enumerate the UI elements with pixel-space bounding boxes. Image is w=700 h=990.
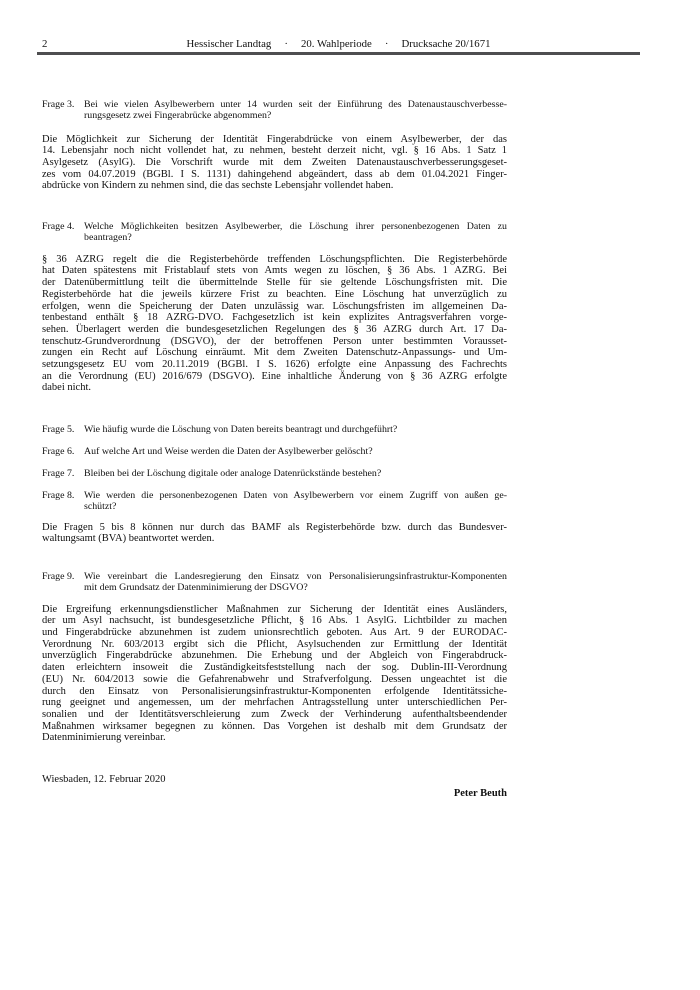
text-line: § 36 AZRG regelt die die Registerbehörde… — [42, 254, 507, 266]
question-label: Frage 6. — [42, 446, 84, 457]
text-line: der Datenübermittlung teilt die übermitt… — [42, 277, 507, 289]
question-text: Wie häufig wurde die Löschung von Daten … — [84, 424, 507, 435]
text-line: Auf welche Art und Weise werden die Date… — [84, 446, 507, 457]
text-line: Welche Möglichkeiten besitzen Asylbewerb… — [84, 221, 507, 232]
question-text: Wie werden die personenbezogenen Daten v… — [84, 490, 507, 513]
question-label: Frage 9. — [42, 571, 84, 594]
text-line: Bleiben bei der Löschung digitale oder a… — [84, 468, 507, 479]
text-line: an die Verordnung (EU) 2016/679 (DSGVO).… — [42, 371, 507, 383]
question-text: Wie vereinbart die Landesregierung den E… — [84, 571, 507, 594]
question-block: Frage 4.Welche Möglichkeiten besitzen As… — [42, 221, 507, 244]
header-parliament: Hessischer Landtag — [186, 38, 271, 50]
text-line: daten erleichtern insoweit die Zuständig… — [42, 662, 507, 674]
question-block: Frage 6.Auf welche Art und Weise werden … — [42, 446, 507, 457]
header-document-number: Drucksache 20/1671 — [401, 38, 490, 50]
text-line: abdrücke von Kindern zu nehmen sind, die… — [42, 180, 507, 192]
text-line: Maßnahmen wirksamer begegnen zu können. … — [42, 721, 507, 733]
text-line: und Fingerabdrücke abzunehmen ist zudem … — [42, 627, 507, 639]
text-line: Verordnung Nr. 603/2013 ergibt sich die … — [42, 639, 507, 651]
question-block: Frage 5.Wie häufig wurde die Löschung vo… — [42, 424, 507, 435]
text-line: waltungsamt (BVA) beantwortet werden. — [42, 533, 507, 545]
signature-name: Peter Beuth — [42, 788, 507, 800]
header-term: 20. Wahlperiode — [301, 38, 372, 50]
document-page: Hessischer Landtag · 20. Wahlperiode · D… — [0, 0, 700, 990]
text-line: Wie häufig wurde die Löschung von Daten … — [84, 424, 507, 435]
page-number: 2 — [42, 38, 47, 50]
question-label: Frage 4. — [42, 221, 84, 244]
text-line: schützt? — [84, 501, 507, 512]
question-block: Frage 3.Bei wie vielen Asylbewerbern unt… — [42, 99, 507, 122]
answer-paragraph: § 36 AZRG regelt die die Registerbehörde… — [42, 254, 507, 394]
text-line: dabei nicht. — [42, 382, 507, 394]
question-text: Welche Möglichkeiten besitzen Asylbewerb… — [84, 221, 507, 244]
answer-paragraph: Die Fragen 5 bis 8 können nur durch das … — [42, 522, 507, 545]
header-rule — [37, 52, 640, 55]
question-text: Auf welche Art und Weise werden die Date… — [84, 446, 507, 457]
text-line: setzungsgesetz EU vom 20.11.2019 (BGBl. … — [42, 359, 507, 371]
text-line: sehen. Überlagert werden die bundesgeset… — [42, 324, 507, 336]
answer-paragraph: Die Ergreifung erkennungsdienstlicher Ma… — [42, 604, 507, 744]
text-line: sonalien und der Identitätsverschleierun… — [42, 709, 507, 721]
header-title-line: Hessischer Landtag · 20. Wahlperiode · D… — [37, 38, 640, 50]
text-line: Wie werden die personenbezogenen Daten v… — [84, 490, 507, 501]
header-separator: · — [284, 38, 288, 50]
question-text: Bleiben bei der Löschung digitale oder a… — [84, 468, 507, 479]
page-header: Hessischer Landtag · 20. Wahlperiode · D… — [37, 38, 640, 55]
text-line: mit dem Grundsatz der Datenminimierung d… — [84, 582, 507, 593]
text-line: tenbestand enthält § 18 AZRG-DVO. Fachge… — [42, 312, 507, 324]
text-line: rung geeignet und angemessen, um der meh… — [42, 697, 507, 709]
text-line: rungsgesetz zwei Fingerabrücke abgenomme… — [84, 110, 507, 121]
document-body: Frage 3.Bei wie vielen Asylbewerbern unt… — [42, 99, 507, 744]
text-line: unverzüglich Fingerabdrücke abzunehmen. … — [42, 650, 507, 662]
question-label: Frage 8. — [42, 490, 84, 513]
text-line: beantragen? — [84, 232, 507, 243]
text-line: Die Fragen 5 bis 8 können nur durch das … — [42, 522, 507, 534]
text-line: Die Ergreifung erkennungsdienstlicher Ma… — [42, 604, 507, 616]
header-separator: · — [385, 38, 389, 50]
answer-paragraph: Die Möglichkeit zur Sicherung der Identi… — [42, 134, 507, 193]
text-line: Wie vereinbart die Landesregierung den E… — [84, 571, 507, 582]
text-line: (EU) Nr. 604/2013 sowie die Gefahrenabwe… — [42, 674, 507, 686]
text-line: der um Asyl nachsucht, ist bundesgesetzl… — [42, 615, 507, 627]
question-block: Frage 8.Wie werden die personenbezogenen… — [42, 490, 507, 513]
text-line: zes vom 04.07.2019 (BGBl. I S. 1131) dah… — [42, 169, 507, 181]
text-line: zungen ein Recht auf Löschung einräumt. … — [42, 347, 507, 359]
text-line: Die Möglichkeit zur Sicherung der Identi… — [42, 134, 507, 146]
text-line: 14. Lebensjahr noch nicht vollendet hat,… — [42, 145, 507, 157]
signoff-place-date: Wiesbaden, 12. Februar 2020 — [42, 774, 507, 786]
question-text: Bei wie vielen Asylbewerbern unter 14 wu… — [84, 99, 507, 122]
text-line: erfolgen, wenn die Speicherung der Daten… — [42, 301, 507, 313]
text-line: hat Daten spätestens mit Fristablauf ste… — [42, 265, 507, 277]
text-line: durch den Einsatz von Personalisierungsi… — [42, 686, 507, 698]
question-label: Frage 7. — [42, 468, 84, 479]
text-line: tenschutz-Grundverordnung (DSGVO), der d… — [42, 336, 507, 348]
text-line: Bei wie vielen Asylbewerbern unter 14 wu… — [84, 99, 507, 110]
document-content: Frage 3.Bei wie vielen Asylbewerbern unt… — [42, 56, 507, 799]
question-label: Frage 5. — [42, 424, 84, 435]
question-block: Frage 7.Bleiben bei der Löschung digital… — [42, 468, 507, 479]
text-line: Registerbehörde hat die jeweils kürzere … — [42, 289, 507, 301]
text-line: Datenminimierung vereinbar. — [42, 732, 507, 744]
question-label: Frage 3. — [42, 99, 84, 122]
text-line: Asylgesetz (AsylG). Die Vorschrift wurde… — [42, 157, 507, 169]
question-block: Frage 9.Wie vereinbart die Landesregieru… — [42, 571, 507, 594]
